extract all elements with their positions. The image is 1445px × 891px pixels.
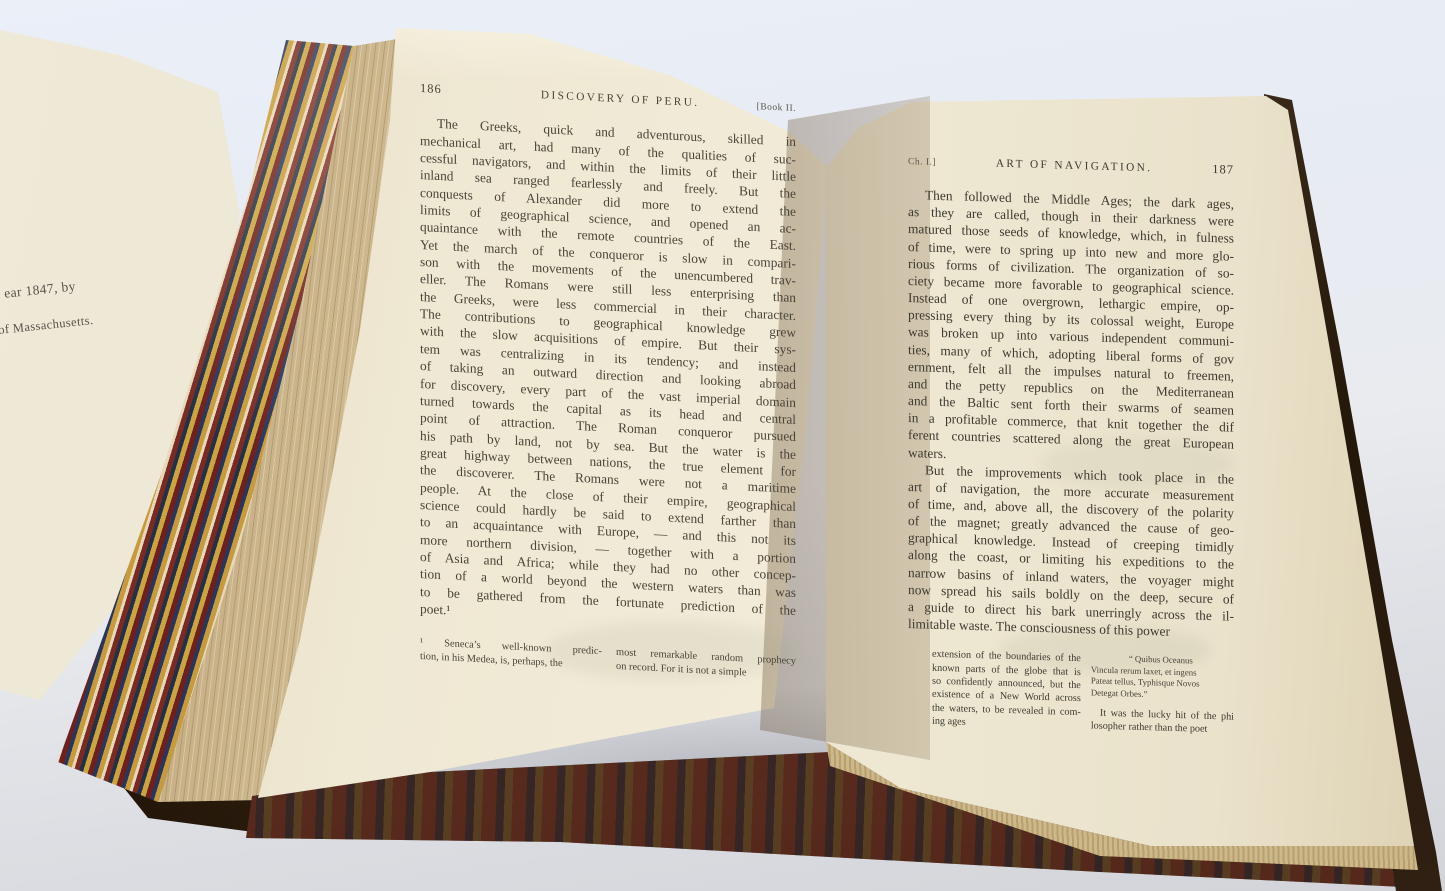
right-page-text: Ch. I.] ART OF NAVIGATION. 187 Then foll… <box>908 152 1234 737</box>
right-page-number: 187 <box>1212 161 1234 179</box>
right-paragraph-1: Then followed the Middle Ages; the dark … <box>908 186 1234 470</box>
latin-verse: “ Quibus OceanusVincula rerum laxet, et … <box>1091 653 1234 704</box>
right-paragraph-2: But the improvements which took place in… <box>908 461 1234 642</box>
right-footnote-col1: extension of the boundaries of theknown … <box>932 648 1081 733</box>
left-body-lines: The Greeks, quick and adventurous, skill… <box>420 114 796 636</box>
right-footnote-col2-text: It was the lucky hit of the philosopher … <box>1091 706 1234 737</box>
right-footnote-col2: “ Quibus OceanusVincula rerum laxet, et … <box>1091 653 1234 738</box>
right-footnote: extension of the boundaries of theknown … <box>908 647 1234 737</box>
right-running-title: ART OF NAVIGATION. <box>996 156 1153 178</box>
book-photograph: ear 1847, by of Massachusetts. 186 DISCO… <box>0 0 1445 891</box>
left-page-text: 186 DISCOVERY OF PERU. [Book II. The Gre… <box>420 80 796 683</box>
book-marker: [Book II. <box>757 99 796 118</box>
chapter-marker: Ch. I.] <box>908 154 936 172</box>
left-page-number: 186 <box>420 80 442 98</box>
